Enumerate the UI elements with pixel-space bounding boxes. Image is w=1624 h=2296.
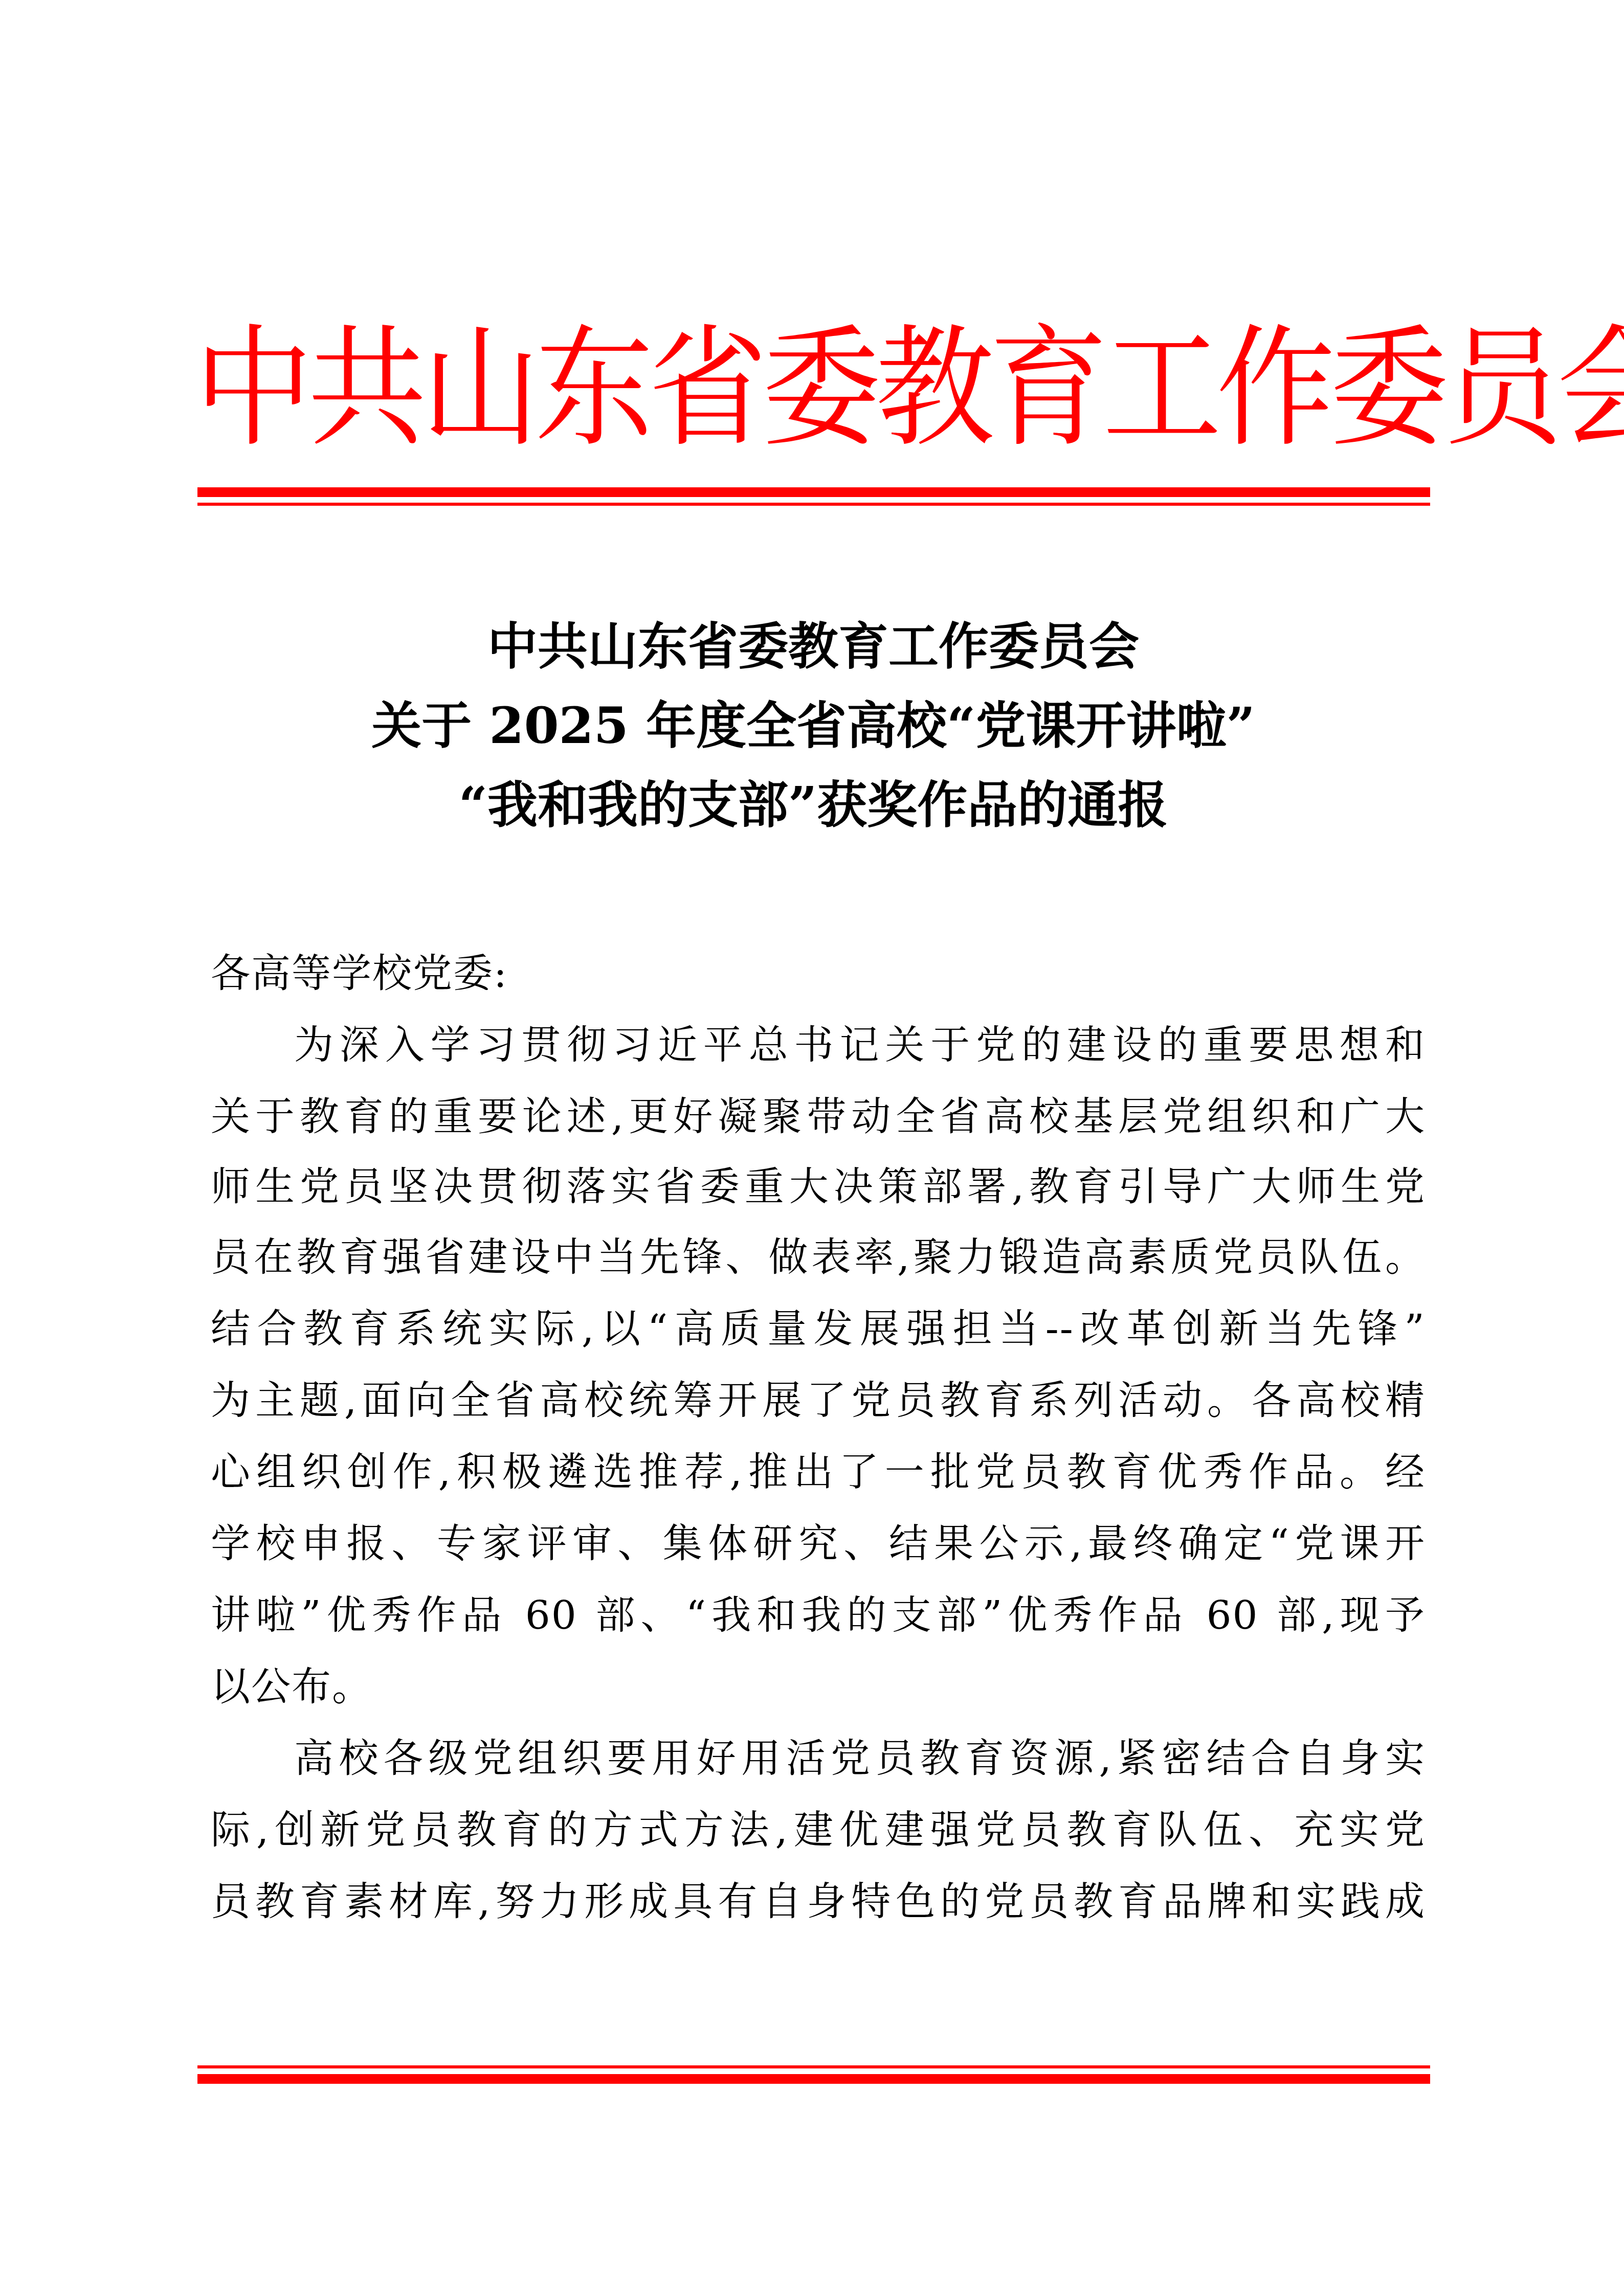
body-line: 讲啦”优秀作品 60 部、“我和我的支部”优秀作品 60 部,现予 — [211, 1590, 1426, 1641]
body-line: 为主题,面向全省高校统筹开展了党员教育系列活动。各高校精 — [211, 1376, 1426, 1427]
body-line: 关于教育的重要论述,更好凝聚带动全省高校基层党组织和广大 — [211, 1092, 1426, 1143]
header-thin-rule — [197, 503, 1430, 506]
body-line: 结合教育系统实际,以“高质量发展强担当--改革创新当先锋” — [211, 1304, 1426, 1355]
body-line: 以公布。 — [211, 1662, 1426, 1713]
body-line: 高校各级党组织要用好用活党员教育资源,紧密结合自身实 — [294, 1734, 1426, 1785]
body-line: 际,创新党员教育的方式方法,建优建强党员教育队伍、充实党 — [211, 1805, 1426, 1856]
body-line: 员教育素材库,努力形成具有自身特色的党员教育品牌和实践成 — [211, 1877, 1426, 1928]
footer-thick-rule — [197, 2074, 1430, 2084]
body-line: 师生党员坚决贯彻落实省委重大决策部署,教育引导广大师生党 — [211, 1162, 1426, 1213]
body-line: 学校申报、专家评审、集体研究、结果公示,最终确定“党课开 — [211, 1519, 1426, 1570]
document-page: 中共山东省委教育工作委员会 中共山东省委教育工作委员会 关于 2025 年度全省… — [0, 0, 1624, 2296]
masthead-red-header: 中共山东省委教育工作委员会 — [194, 312, 1432, 464]
body-line: 心组织创作,积极遴选推荐,推出了一批党员教育优秀作品。经 — [211, 1447, 1426, 1498]
document-title-line-2: 关于 2025 年度全省高校“党课开讲啦” — [194, 688, 1432, 764]
salutation: 各高等学校党委: — [211, 949, 1426, 1000]
document-title-line-3: “我和我的支部”获奖作品的通报 — [194, 767, 1432, 844]
body-line: 员在教育强省建设中当先锋、做表率,聚力锻造高素质党员队伍。 — [211, 1232, 1426, 1284]
body-line: 为深入学习贯彻习近平总书记关于党的建设的重要思想和 — [294, 1020, 1426, 1071]
document-title-line-1: 中共山东省委教育工作委员会 — [194, 609, 1432, 685]
footer-thin-rule — [197, 2065, 1430, 2068]
header-thick-rule — [197, 487, 1430, 497]
